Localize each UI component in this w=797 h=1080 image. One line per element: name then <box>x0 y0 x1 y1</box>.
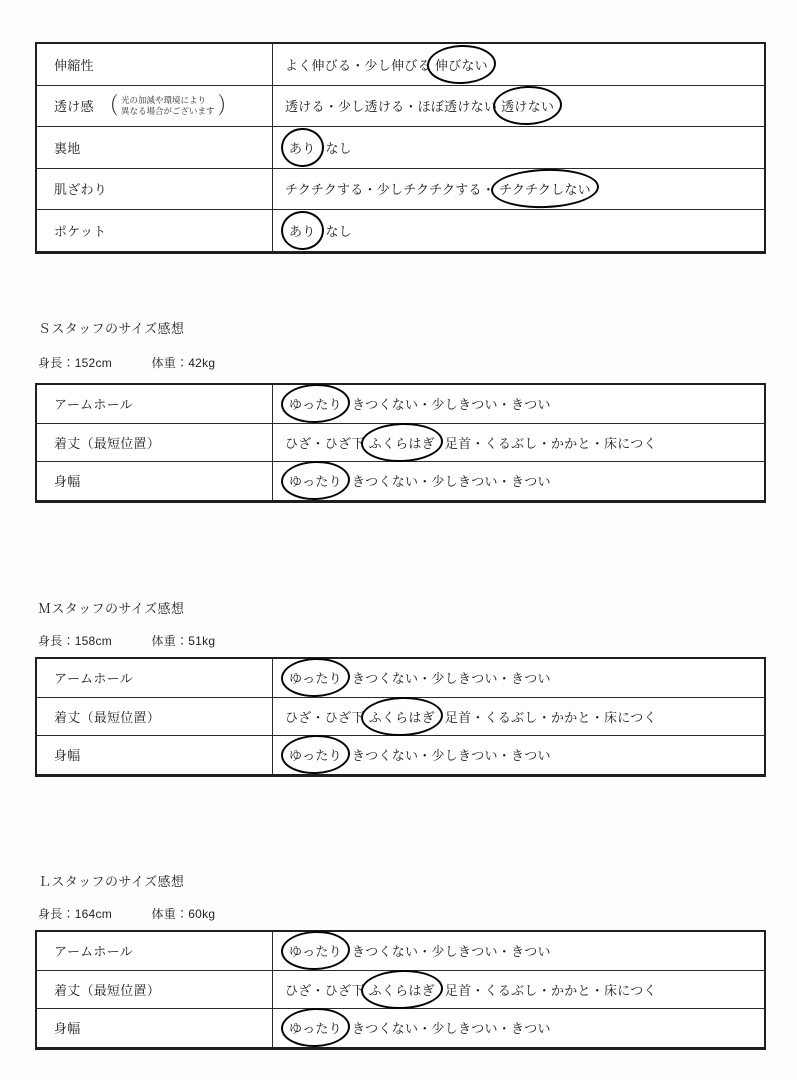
size-row-length: 着丈（最短位置） ひざ・ひざ下 ふくらはぎ 足首・くるぶし・かかと・床につく <box>37 697 764 736</box>
row-label: 身幅 <box>54 1018 81 1037</box>
row-label: ポケット <box>54 221 106 240</box>
row-options-cell: ゆったり きつくない・少しきつい・きつい <box>273 736 764 774</box>
size-row-armhole: アームホール ゆったり きつくない・少しきつい・きつい <box>37 659 764 697</box>
attribute-row-stretch: 伸縮性 よく伸びる・少し伸びる 伸びない <box>37 44 764 85</box>
circled-option: ゆったり <box>288 471 343 490</box>
staff-height: 身長：158cm <box>38 634 112 648</box>
row-label-cell: 着丈（最短位置） <box>37 971 273 1009</box>
row-label-cell: アームホール <box>37 932 273 970</box>
row-label-cell: アームホール <box>37 659 273 697</box>
row-options-cell: ゆったり きつくない・少しきつい・きつい <box>273 659 764 697</box>
row-label: 肌ざわり <box>54 179 107 198</box>
row-options-cell: ゆったり きつくない・少しきつい・きつい <box>273 462 764 500</box>
staff-height: 身長：152cm <box>38 356 112 370</box>
close-paren: ） <box>217 94 234 117</box>
options-before-circle: チクチクする・少しチクチクする・ <box>285 179 495 198</box>
options-after-circle: 足首・くるぶし・かかと・床につく <box>445 707 657 726</box>
row-label: 伸縮性 <box>54 55 94 74</box>
row-label-cell: 身幅 <box>37 736 273 774</box>
options-before-circle: ひざ・ひざ下 <box>285 707 365 726</box>
size-row-width: 身幅 ゆったり きつくない・少しきつい・きつい <box>37 461 764 500</box>
options-after-circle: きつくない・少しきつい・きつい <box>352 394 551 413</box>
row-label: 身幅 <box>54 471 81 490</box>
circled-option: 伸びない <box>434 55 489 74</box>
options-before-circle: よく伸びる・少し伸びる <box>285 55 431 74</box>
row-label: 着丈（最短位置） <box>54 707 160 726</box>
options-after-circle: きつくない・少しきつい・きつい <box>352 941 551 960</box>
row-options-cell: ゆったり きつくない・少しきつい・きつい <box>273 1009 764 1047</box>
attribute-row-pocket: ポケット あり なし <box>37 209 764 251</box>
attribute-row-sheerness: 透け感 （ 光の加減や環境により 異なる場合がございます ） 透ける・少し透ける… <box>37 85 764 127</box>
sheerness-note: （ 光の加減や環境により 異なる場合がございます ） <box>98 94 238 117</box>
attribute-row-texture: 肌ざわり チクチクする・少しチクチクする・ チクチクしない <box>37 168 764 210</box>
options-before-circle: 透ける・少し透ける・ほぼ透けない <box>285 96 497 115</box>
circled-option: ゆったり <box>288 394 343 413</box>
size-row-width: 身幅 ゆったり きつくない・少しきつい・きつい <box>37 735 764 774</box>
row-label-cell: ポケット <box>37 210 273 251</box>
size-row-length: 着丈（最短位置） ひざ・ひざ下 ふくらはぎ 足首・くるぶし・かかと・床につく <box>37 423 764 462</box>
staff-height: 身長：164cm <box>38 907 112 921</box>
staff-weight: 体重：60kg <box>152 907 216 921</box>
row-label-cell: 着丈（最短位置） <box>37 698 273 736</box>
size-row-armhole: アームホール ゆったり きつくない・少しきつい・きつい <box>37 932 764 970</box>
row-label: アームホール <box>54 668 133 687</box>
circled-option: ふくらはぎ <box>368 707 436 726</box>
size-row-armhole: アームホール ゆったり きつくない・少しきつい・きつい <box>37 385 764 423</box>
circled-option: ゆったり <box>288 668 343 687</box>
row-label: アームホール <box>54 394 133 413</box>
options-before-circle: ひざ・ひざ下 <box>285 433 365 452</box>
size-table-m: アームホール ゆったり きつくない・少しきつい・きつい 着丈（最短位置） ひざ・… <box>35 657 766 777</box>
staff-stats-m: 身長：158cm 体重：51kg <box>38 632 215 649</box>
row-label: 着丈（最短位置） <box>54 433 160 452</box>
row-options-cell: よく伸びる・少し伸びる 伸びない <box>273 44 764 85</box>
attribute-table: 伸縮性 よく伸びる・少し伸びる 伸びない 透け感 （ 光の加減や環境により 異な… <box>35 42 766 254</box>
options-after-circle: きつくない・少しきつい・きつい <box>352 1018 551 1037</box>
staff-weight: 体重：51kg <box>152 634 216 648</box>
row-options-cell: ひざ・ひざ下 ふくらはぎ 足首・くるぶし・かかと・床につく <box>273 971 764 1009</box>
section-heading-l: Ｌスタッフのサイズ感想 <box>38 871 184 890</box>
row-label-cell: 裏地 <box>37 127 273 168</box>
attribute-row-lining: 裏地 あり なし <box>37 126 764 168</box>
circled-option: ゆったり <box>288 745 343 764</box>
row-options-cell: チクチクする・少しチクチクする・ チクチクしない <box>273 169 764 210</box>
staff-weight: 体重：42kg <box>152 356 216 370</box>
row-options-cell: あり なし <box>273 210 764 251</box>
open-paren: （ <box>101 94 118 117</box>
row-label-cell: アームホール <box>37 385 273 423</box>
section-heading-m: Ｍスタッフのサイズ感想 <box>38 598 184 617</box>
circled-option: あり <box>288 138 317 157</box>
options-before-circle: ひざ・ひざ下 <box>285 980 365 999</box>
row-options-cell: ゆったり きつくない・少しきつい・きつい <box>273 385 764 423</box>
row-label: 透け感 <box>54 96 94 115</box>
options-after-circle: なし <box>326 138 353 157</box>
options-after-circle: 足首・くるぶし・かかと・床につく <box>445 980 657 999</box>
staff-stats-l: 身長：164cm 体重：60kg <box>38 905 215 922</box>
row-label-cell: 身幅 <box>37 462 273 500</box>
size-row-length: 着丈（最短位置） ひざ・ひざ下 ふくらはぎ 足首・くるぶし・かかと・床につく <box>37 970 764 1009</box>
row-label: 身幅 <box>54 745 81 764</box>
row-label-cell: 伸縮性 <box>37 44 273 85</box>
row-label-cell: 身幅 <box>37 1009 273 1047</box>
circled-option: 透けない <box>500 96 555 115</box>
circled-option: あり <box>288 221 317 240</box>
row-label: 裏地 <box>54 138 81 157</box>
staff-stats-s: 身長：152cm 体重：42kg <box>38 354 215 371</box>
row-options-cell: あり なし <box>273 127 764 168</box>
row-options-cell: ひざ・ひざ下 ふくらはぎ 足首・くるぶし・かかと・床につく <box>273 698 764 736</box>
circled-option: ゆったり <box>288 1018 343 1037</box>
size-table-l: アームホール ゆったり きつくない・少しきつい・きつい 着丈（最短位置） ひざ・… <box>35 930 766 1050</box>
circled-option: チクチクしない <box>498 179 592 198</box>
row-label: 着丈（最短位置） <box>54 980 160 999</box>
size-row-width: 身幅 ゆったり きつくない・少しきつい・きつい <box>37 1008 764 1047</box>
options-after-circle: きつくない・少しきつい・きつい <box>352 668 551 687</box>
circled-option: ゆったり <box>288 941 343 960</box>
row-label: アームホール <box>54 941 133 960</box>
sheerness-note-line1: 光の加減や環境により <box>121 95 215 106</box>
row-options-cell: ゆったり きつくない・少しきつい・きつい <box>273 932 764 970</box>
options-after-circle: きつくない・少しきつい・きつい <box>352 745 551 764</box>
options-after-circle: 足首・くるぶし・かかと・床につく <box>445 433 657 452</box>
row-options-cell: 透ける・少し透ける・ほぼ透けない 透けない <box>273 86 764 127</box>
row-label-cell: 着丈（最短位置） <box>37 424 273 462</box>
circled-option: ふくらはぎ <box>368 433 436 452</box>
section-heading-s: Ｓスタッフのサイズ感想 <box>38 318 184 337</box>
size-table-s: アームホール ゆったり きつくない・少しきつい・きつい 着丈（最短位置） ひざ・… <box>35 383 766 503</box>
row-options-cell: ひざ・ひざ下 ふくらはぎ 足首・くるぶし・かかと・床につく <box>273 424 764 462</box>
product-spec-page: 伸縮性 よく伸びる・少し伸びる 伸びない 透け感 （ 光の加減や環境により 異な… <box>0 0 797 1080</box>
sheerness-note-line2: 異なる場合がございます <box>121 106 215 117</box>
circled-option: ふくらはぎ <box>368 980 436 999</box>
row-label-cell: 透け感 （ 光の加減や環境により 異なる場合がございます ） <box>37 86 273 127</box>
options-after-circle: きつくない・少しきつい・きつい <box>352 471 551 490</box>
row-label-cell: 肌ざわり <box>37 169 273 210</box>
sheerness-note-text: 光の加減や環境により 異なる場合がございます <box>121 95 215 117</box>
options-after-circle: なし <box>326 221 353 240</box>
